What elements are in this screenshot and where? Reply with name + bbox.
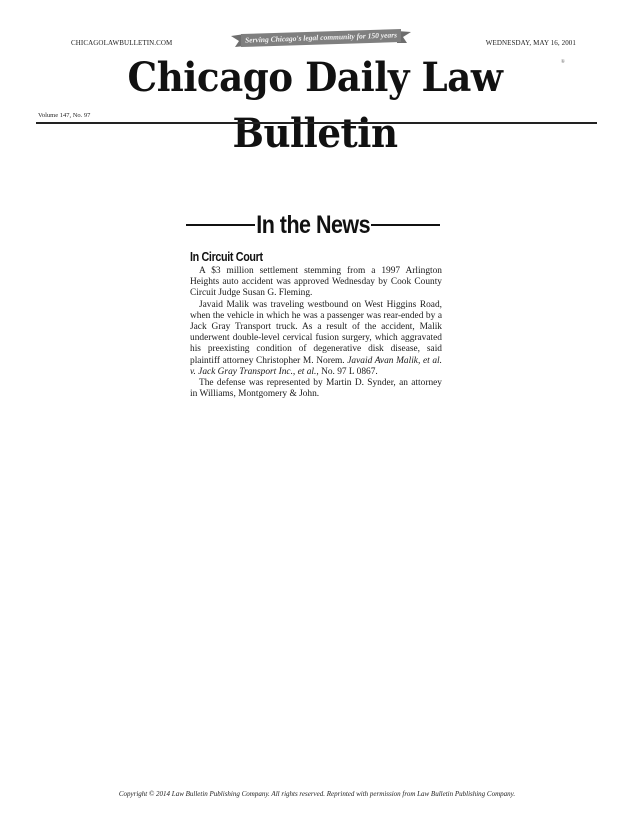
- newspaper-nameplate: Chicago Daily Law Bulletin: [78, 50, 552, 162]
- article-paragraph: Javaid Malik was traveling westbound on …: [190, 300, 442, 378]
- article-subhead: In Circuit Court: [190, 250, 263, 264]
- article-paragraph: The defense was represented by Martin D.…: [190, 378, 442, 400]
- case-number: , No. 97 L 0867.: [316, 367, 377, 377]
- headline-rule-left: [186, 224, 255, 226]
- section-headline: In the News: [186, 208, 440, 242]
- site-url: CHICAGOLAWBULLETIN.COM: [71, 39, 172, 47]
- volume-issue: Volume 147, No. 97: [38, 112, 90, 119]
- article-paragraph: A $3 million settlement stemming from a …: [190, 266, 442, 300]
- article-body: A $3 million settlement stemming from a …: [190, 266, 442, 400]
- masthead-rule: [36, 122, 597, 124]
- registered-mark: ®: [561, 60, 565, 65]
- publication-date: WEDNESDAY, MAY 16, 2001: [486, 39, 576, 47]
- headline-text: In the News: [255, 211, 371, 240]
- headline-rule-right: [371, 224, 440, 226]
- copyright-footer: Copyright © 2014 Law Bulletin Publishing…: [0, 790, 634, 798]
- tagline-ribbon: Serving Chicago's legal community for 15…: [231, 28, 411, 50]
